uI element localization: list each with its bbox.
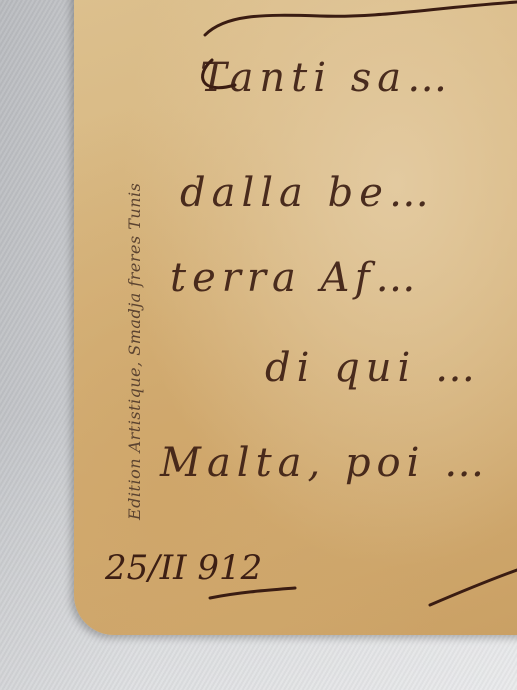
date-underline (0, 0, 517, 690)
